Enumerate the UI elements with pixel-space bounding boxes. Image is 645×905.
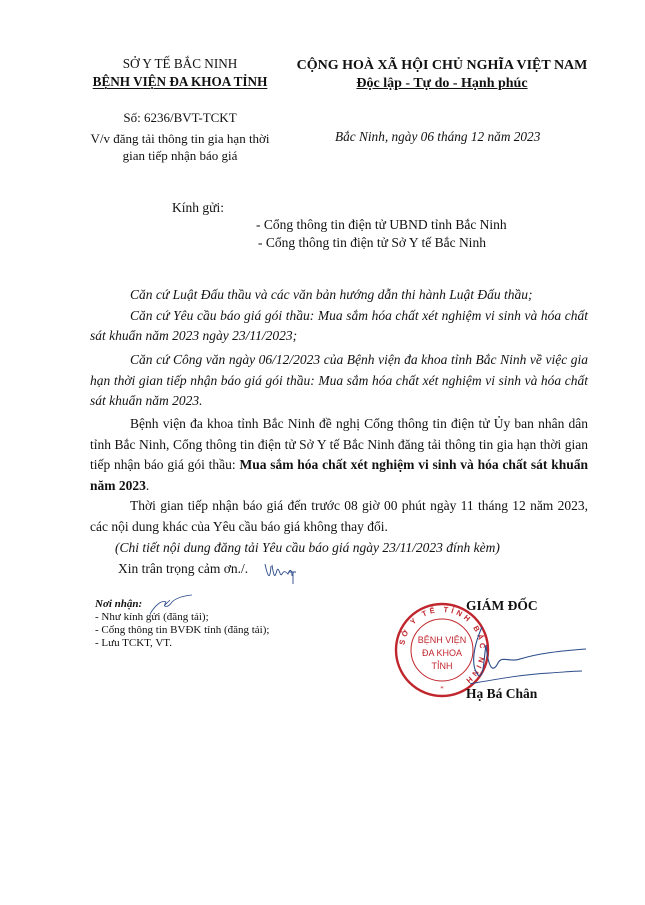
place-date: Bắc Ninh, ngày 06 tháng 12 năm 2023 [335,129,540,145]
svg-text:ĐA KHOA: ĐA KHOA [422,648,462,658]
basis-1: Căn cứ Luật Đấu thầu và các văn bản hướn… [90,285,588,306]
svg-text:BỆNH VIỆN: BỆNH VIỆN [418,635,467,645]
recipient-item: - Cổng thông tin điện tử UBND tỉnh Bắc N… [256,217,507,233]
closing-line: Xin trân trọng cảm ơn./. [118,561,248,577]
authority-name: SỞ Y TẾ BẮC NINH [70,55,290,73]
document-number: Số: 6236/BVT-TCKT [70,110,290,126]
deadline-paragraph: Thời gian tiếp nhận báo giá đến trước 08… [90,496,588,537]
header-right: CỘNG HOÀ XÃ HỘI CHỦ NGHĨA VIỆT NAM Độc l… [282,57,602,93]
note-signature-icon [148,594,193,616]
recipient-item: - Cổng thông tin điện tử Sở Y tế Bắc Nin… [258,235,486,251]
signer-name: Hạ Bá Chân [466,686,537,702]
distribution-item: - Lưu TCKT, VT. [95,637,269,650]
header-left: SỞ Y TẾ BẮC NINH BỆNH VIỆN ĐA KHOA TỈNH [70,55,290,91]
basis-3: Căn cứ Công văn ngày 06/12/2023 của Bệnh… [90,350,588,412]
request-paragraph: Bệnh viện đa khoa tỉnh Bắc Ninh đề nghị … [90,414,588,496]
national-title: CỘNG HOÀ XÃ HỘI CHỦ NGHĨA VIỆT NAM [282,57,602,75]
attachment-note: (Chi tiết nội dung đăng tải Yêu cầu báo … [115,540,500,556]
recipients-label: Kính gửi: [172,200,224,216]
document-subject: V/v đăng tải thông tin gia hạn thời gian… [70,130,290,164]
svg-text:*: * [440,685,444,693]
national-motto: Độc lập - Tự do - Hạnh phúc [282,75,602,93]
signer-title: GIÁM ĐỐC [466,598,538,614]
svg-text:TỈNH: TỈNH [432,660,453,671]
distribution-item: - Cổng thông tin BVĐK tỉnh (đăng tải); [95,624,269,637]
legal-basis: Căn cứ Luật Đấu thầu và các văn bản hướn… [90,285,588,347]
director-signature-icon [470,615,590,695]
basis-2: Căn cứ Yêu cầu báo giá gói thầu: Mua sắm… [90,306,588,347]
initial-signature-icon [262,560,302,585]
organization-name: BỆNH VIỆN ĐA KHOA TỈNH [70,73,290,91]
